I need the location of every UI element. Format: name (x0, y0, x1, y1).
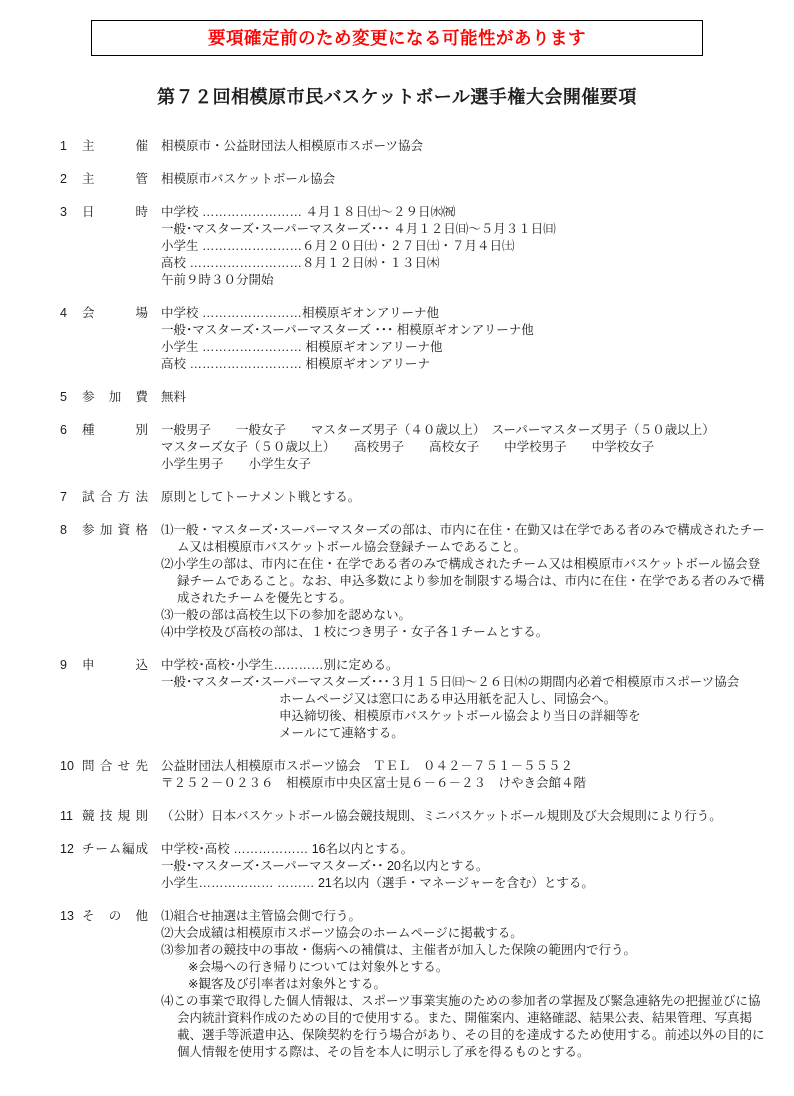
item-label: 参加資格 (82, 522, 148, 539)
text-line: 小学生 …………………… 相模原ギオンアリーナ他 (161, 339, 772, 356)
text-line: ⑶参加者の競技中の事故・傷病への補償は、主催者が加入した保険の範囲内で行う。 (161, 942, 772, 959)
item-content: 一般男子 一般女子 マスターズ男子（４０歳以上） スーパーマスターズ男子（５０歳… (161, 422, 772, 473)
text-line: 高校 ……………………… 相模原ギオンアリーナ (161, 356, 772, 373)
text-line: 小学生 ……………………６月２０日㈯・２７日㈯・７月４日㈯ (161, 238, 772, 255)
item-content: 相模原市バスケットボール協会 (161, 171, 772, 188)
spec-item-12: 12チーム編成中学校･高校 ……………… 16名以内とする。一般･マスターズ･ス… (60, 841, 772, 892)
item-content: 原則としてトーナメント戦とする。 (161, 489, 772, 506)
item-label: チーム編成 (82, 841, 148, 858)
text-line: ※会場への行き帰りについては対象外とする。 (161, 959, 772, 976)
text-line: 高校 ………………………８月１２日㈬・１３日㈭ (161, 255, 772, 272)
item-content: 中学校 …………………… ４月１８日㈯～２９日㈬㈷一般･マスターズ･スーパーマス… (161, 204, 772, 289)
item-label: 主管 (82, 171, 148, 188)
text-line: 中学校･高校･小学生…………別に定める。 (161, 657, 772, 674)
items-list: 1主催相模原市・公益財団法人相模原市スポーツ協会2主管相模原市バスケットボール協… (60, 138, 772, 1061)
item-content: ⑴組合せ抽選は主管協会側で行う。⑵大会成績は相模原市スポーツ協会のホームページに… (161, 908, 772, 1061)
text-line: 一般･マスターズ･スーパーマスターズ･･ 20名以内とする。 (161, 858, 772, 875)
item-content: ⑴一般・マスターズ･スーパーマスターズの部は、市内に在住・在勤又は在学である者の… (161, 522, 772, 641)
item-label: 試合方法 (82, 489, 148, 506)
page-title: 第７２回相模原市民バスケットボール選手権大会開催要項 (0, 83, 794, 109)
item-number: 7 (60, 489, 82, 506)
text-line: ⑵小学生の部は、市内に在住・在学である者のみで構成されたチーム又は相模原市バスケ… (161, 556, 772, 607)
text-line: 〒２５２－０２３６ 相模原市中央区富士見６－６－２３ けやき会館４階 (161, 775, 772, 792)
text-line: ⑷この事業で取得した個人情報は、スポーツ事業実施のための参加者の掌握及び緊急連絡… (161, 993, 772, 1061)
text-line: ⑷中学校及び高校の部は、１校につき男子・女子各１チームとする。 (161, 624, 772, 641)
text-line: 原則としてトーナメント戦とする。 (161, 489, 772, 506)
spec-item-3: 3日時中学校 …………………… ４月１８日㈯～２９日㈬㈷一般･マスターズ･スーパ… (60, 204, 772, 289)
item-label: 申込 (82, 657, 148, 674)
text-line: 相模原市・公益財団法人相模原市スポーツ協会 (161, 138, 772, 155)
item-content: 中学校･高校 ……………… 16名以内とする。一般･マスターズ･スーパーマスター… (161, 841, 772, 892)
spec-item-6: 6種別一般男子 一般女子 マスターズ男子（４０歳以上） スーパーマスターズ男子（… (60, 422, 772, 473)
item-number: 5 (60, 389, 82, 406)
item-content: 中学校 ……………………相模原ギオンアリーナ他一般･マスターズ･スーパーマスター… (161, 305, 772, 373)
item-label: 主催 (82, 138, 148, 155)
item-content: （公財）日本バスケットボール協会競技規則、ミニバスケットボール規則及び大会規則に… (161, 808, 772, 825)
spec-item-8: 8参加資格⑴一般・マスターズ･スーパーマスターズの部は、市内に在住・在勤又は在学… (60, 522, 772, 641)
item-content: 無料 (161, 389, 772, 406)
text-line: 無料 (161, 389, 772, 406)
item-number: 6 (60, 422, 82, 439)
text-line: ⑴一般・マスターズ･スーパーマスターズの部は、市内に在住・在勤又は在学である者の… (161, 522, 772, 556)
item-label: 会場 (82, 305, 148, 322)
spec-item-9: 9申込中学校･高校･小学生…………別に定める。一般･マスターズ･スーパーマスター… (60, 657, 772, 742)
text-line: 小学生……………… ……… 21名以内（選手・マネージャーを含む）とする。 (161, 875, 772, 892)
warning-box: 要項確定前のため変更になる可能性があります (91, 20, 703, 56)
item-label: 問合せ先 (82, 758, 148, 775)
text-line: ※観客及び引率者は対象外とする。 (161, 976, 772, 993)
text-line: 中学校 ……………………相模原ギオンアリーナ他 (161, 305, 772, 322)
text-line: ⑴組合せ抽選は主管協会側で行う。 (161, 908, 772, 925)
item-content: 中学校･高校･小学生…………別に定める。一般･マスターズ･スーパーマスターズ･･… (161, 657, 772, 742)
item-label: 参加費 (82, 389, 148, 406)
item-content: 相模原市・公益財団法人相模原市スポーツ協会 (161, 138, 772, 155)
item-number: 11 (60, 808, 82, 825)
document-page: 要項確定前のため変更になる可能性があります 第７２回相模原市民バスケットボール選… (0, 0, 794, 1096)
text-line: ⑵大会成績は相模原市スポーツ協会のホームページに掲載する。 (161, 925, 772, 942)
text-line: 中学校 …………………… ４月１８日㈯～２９日㈬㈷ (161, 204, 772, 221)
item-label: 日時 (82, 204, 148, 221)
item-content: 公益財団法人相模原市スポーツ協会 ＴＥＬ ０４２－７５１－５５５２〒２５２－０２… (161, 758, 772, 792)
item-label: 種別 (82, 422, 148, 439)
spec-item-13: 13その他⑴組合せ抽選は主管協会側で行う。⑵大会成績は相模原市スポーツ協会のホー… (60, 908, 772, 1061)
text-line: （公財）日本バスケットボール協会競技規則、ミニバスケットボール規則及び大会規則に… (161, 808, 772, 825)
text-line: メールにて連絡する。 (161, 725, 772, 742)
item-number: 4 (60, 305, 82, 322)
text-line: 一般･マスターズ･スーパーマスターズ ･･･ 相模原ギオンアリーナ他 (161, 322, 772, 339)
item-number: 8 (60, 522, 82, 539)
spec-item-5: 5参加費無料 (60, 389, 772, 406)
warning-text: 要項確定前のため変更になる可能性があります (208, 28, 586, 48)
text-line: 一般男子 一般女子 マスターズ男子（４０歳以上） スーパーマスターズ男子（５０歳… (161, 422, 772, 439)
item-number: 9 (60, 657, 82, 674)
spec-item-11: 11競技規則（公財）日本バスケットボール協会競技規則、ミニバスケットボール規則及… (60, 808, 772, 825)
text-line: 一般･マスターズ･スーパーマスターズ･･･ ４月１２日㈰～５月３１日㈰ (161, 221, 772, 238)
text-line: 申込締切後、相模原市バスケットボール協会より当日の詳細等を (161, 708, 772, 725)
spec-item-7: 7試合方法原則としてトーナメント戦とする。 (60, 489, 772, 506)
text-line: 中学校･高校 ……………… 16名以内とする。 (161, 841, 772, 858)
spec-item-4: 4会場中学校 ……………………相模原ギオンアリーナ他一般･マスターズ･スーパーマ… (60, 305, 772, 373)
text-line: マスターズ女子（５０歳以上） 高校男子 高校女子 中学校男子 中学校女子 (161, 439, 772, 456)
text-line: 公益財団法人相模原市スポーツ協会 ＴＥＬ ０４２－７５１－５５５２ (161, 758, 772, 775)
item-number: 2 (60, 171, 82, 188)
text-line: ホームページ又は窓口にある申込用紙を記入し、同協会へ。 (161, 691, 772, 708)
spec-item-1: 1主催相模原市・公益財団法人相模原市スポーツ協会 (60, 138, 772, 155)
spec-item-10: 10問合せ先公益財団法人相模原市スポーツ協会 ＴＥＬ ０４２－７５１－５５５２〒… (60, 758, 772, 792)
text-line: 相模原市バスケットボール協会 (161, 171, 772, 188)
item-number: 3 (60, 204, 82, 221)
text-line: 一般･マスターズ･スーパーマスターズ･･･３月１５日㈰～２６日㈭の期間内必着で相… (161, 674, 772, 691)
text-line: ⑶一般の部は高校生以下の参加を認めない。 (161, 607, 772, 624)
text-line: 午前９時３０分開始 (161, 272, 772, 289)
text-line: 小学生男子 小学生女子 (161, 456, 772, 473)
item-label: 競技規則 (82, 808, 148, 825)
item-label: その他 (82, 908, 148, 925)
item-number: 1 (60, 138, 82, 155)
item-number: 10 (60, 758, 82, 775)
spec-item-2: 2主管相模原市バスケットボール協会 (60, 171, 772, 188)
item-number: 13 (60, 908, 82, 925)
item-number: 12 (60, 841, 82, 858)
